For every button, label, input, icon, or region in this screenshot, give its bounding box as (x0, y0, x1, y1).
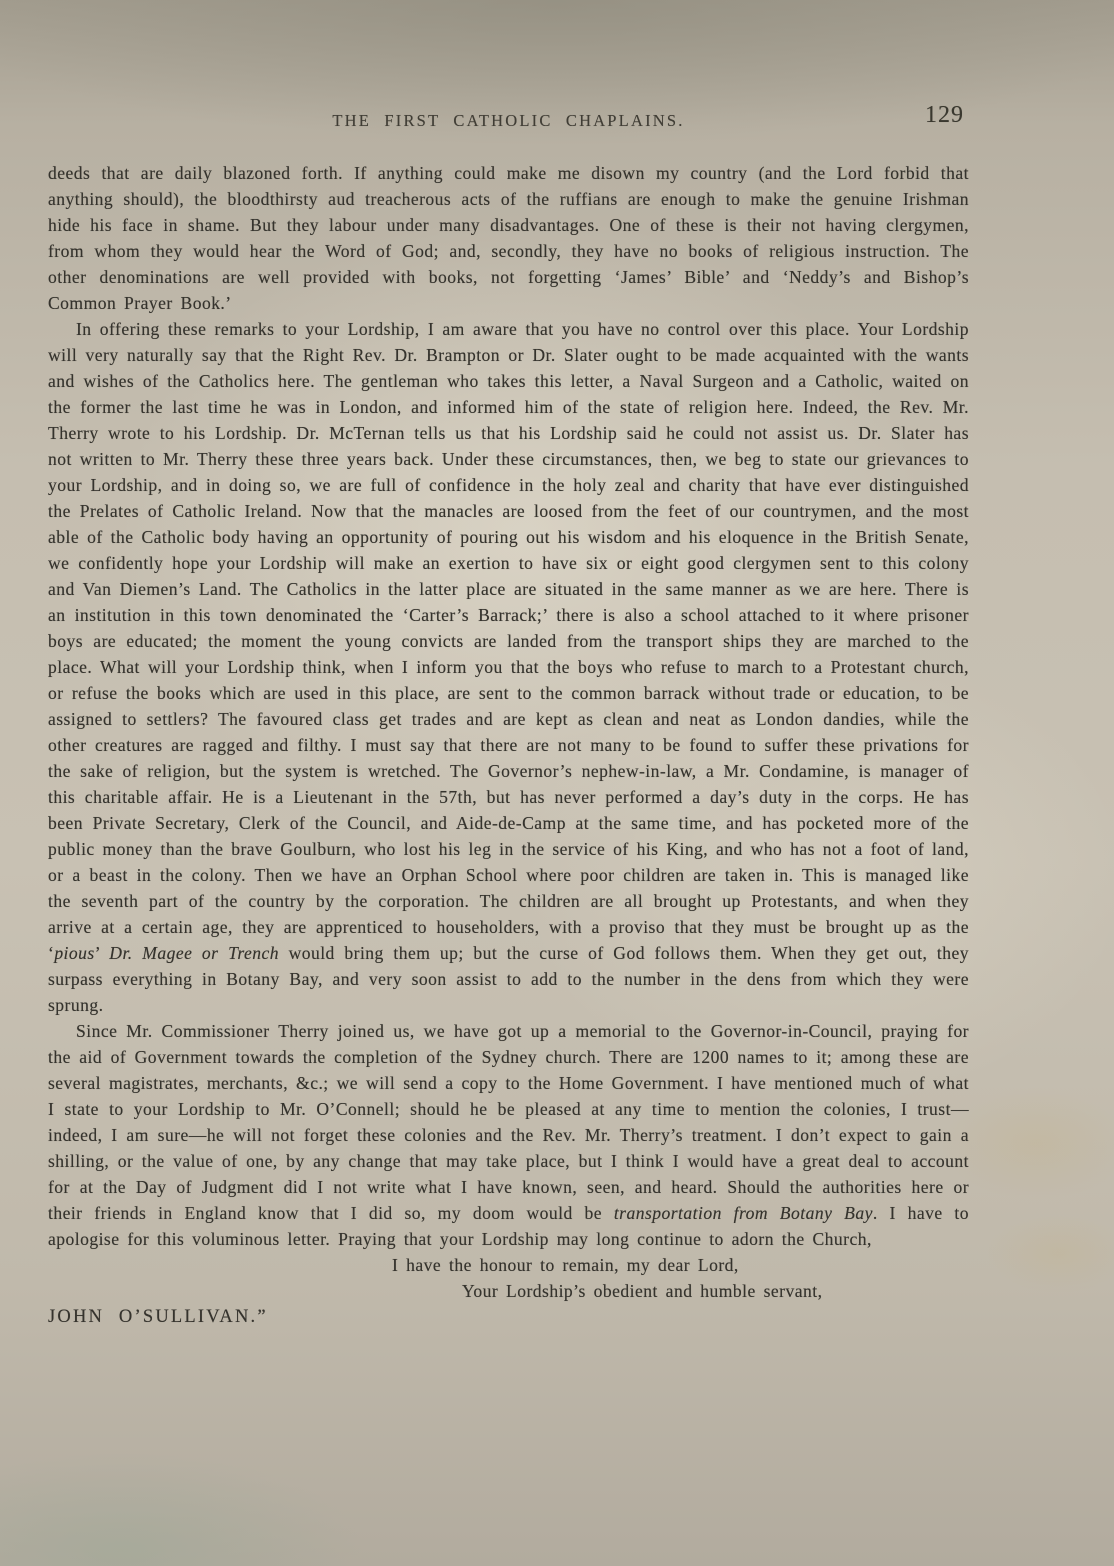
scanned-book-page: THE FIRST CATHOLIC CHAPLAINS. 129 deeds … (0, 0, 1114, 1566)
letter-paragraph: In offering these remarks to your Lordsh… (48, 316, 969, 1018)
letter-paragraph: deeds that are daily blazoned forth. If … (48, 160, 969, 316)
letter-paragraph: Since Mr. Commissioner Therry joined us,… (48, 1018, 969, 1252)
valediction-line: Your Lordship’s obedient and humble serv… (48, 1278, 969, 1304)
italic-segment: pious (54, 943, 94, 963)
running-title: THE FIRST CATHOLIC CHAPLAINS. (48, 111, 969, 131)
italic-segment: Dr. Magee or Trench (109, 943, 279, 963)
page-number: 129 (925, 102, 964, 129)
letter-body: deeds that are daily blazoned forth. If … (48, 160, 969, 1330)
valediction-line: I have the honour to remain, my dear Lor… (48, 1252, 969, 1278)
italic-segment: transportation from Botany Bay (614, 1203, 873, 1223)
signature: JOHN O’SULLIVAN.” (48, 1304, 969, 1330)
